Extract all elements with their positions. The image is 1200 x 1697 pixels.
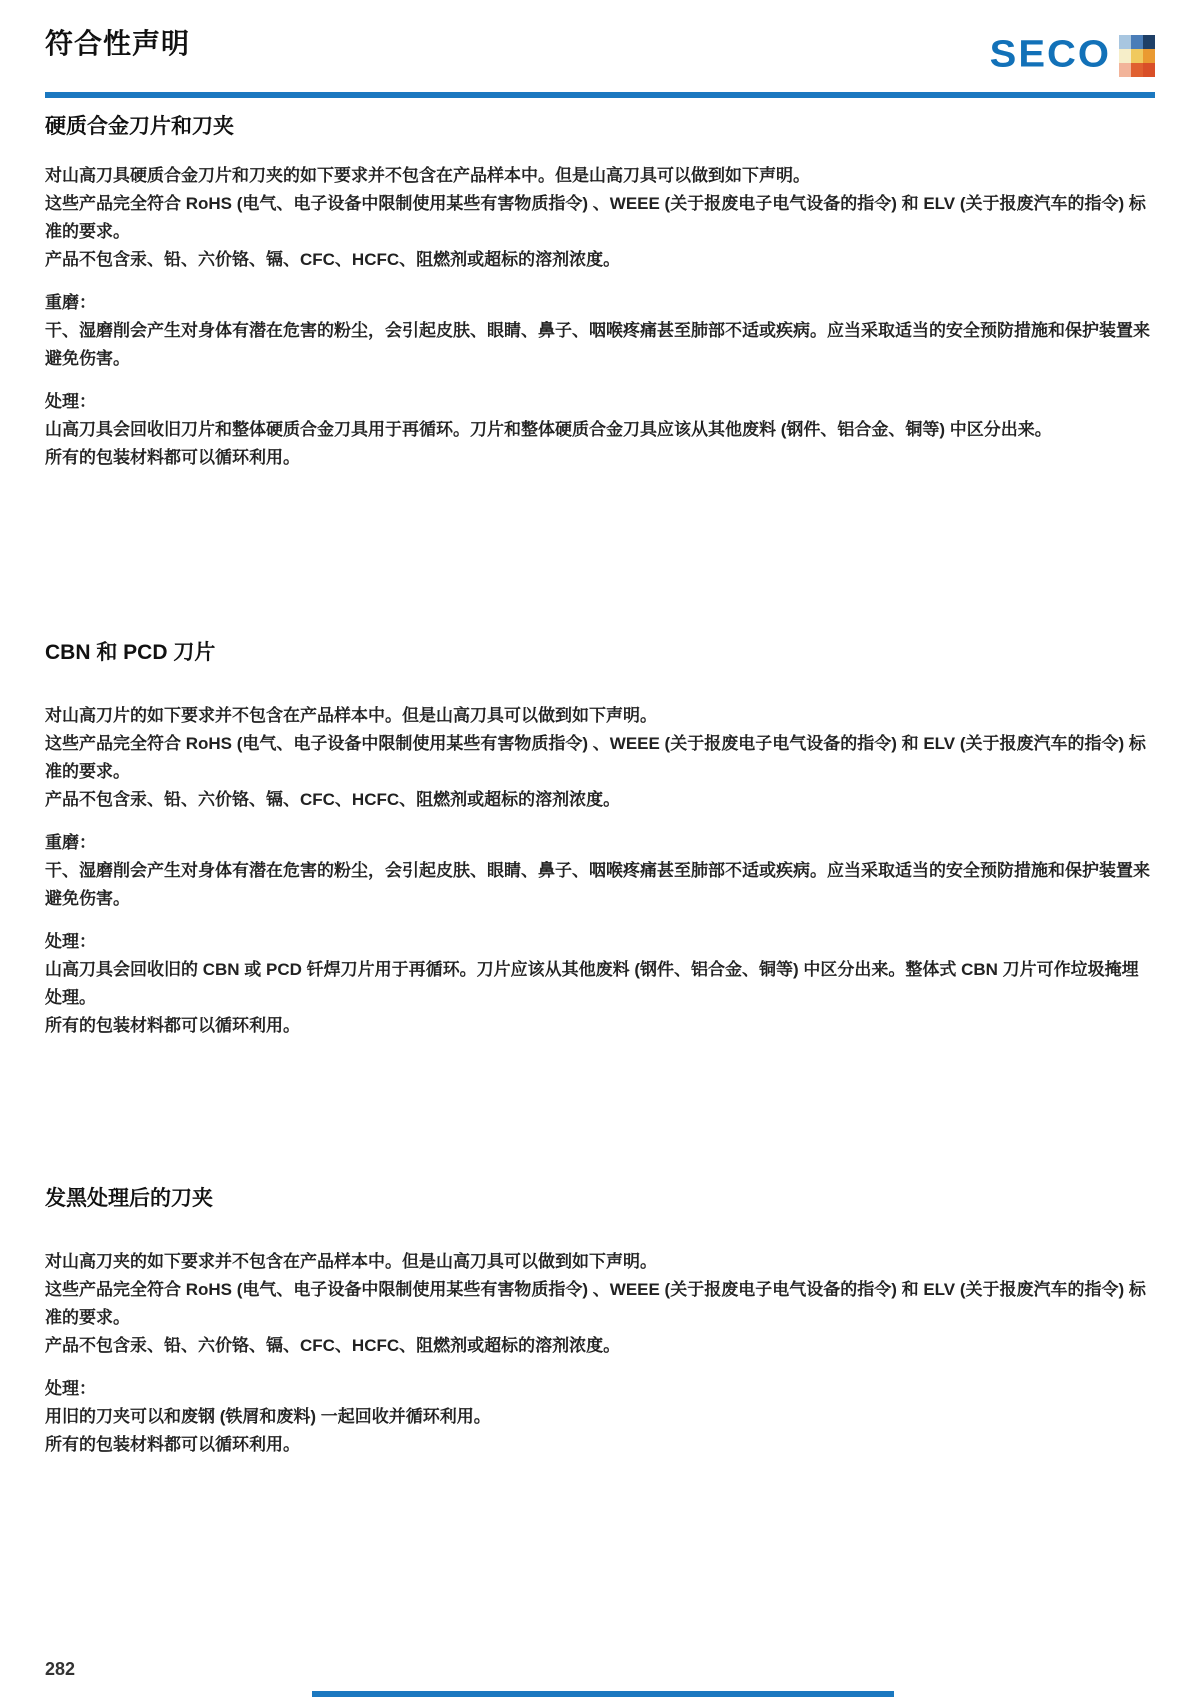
disposal-label: 处理： — [45, 1375, 1152, 1403]
seco-logo: SECO — [990, 34, 1155, 77]
section-carbide-inserts-holders: 硬质合金刀片和刀夹 对山高刀具硬质合金刀片和刀夹的如下要求并不包含在产品样本中。… — [45, 114, 1152, 472]
disposal-line: 山高刀具会回收旧刀片和整体硬质合金刀具用于再循环。刀片和整体硬质合金刀具应该从其… — [45, 416, 1152, 444]
regrind-block: 重磨： 干、湿磨削会产生对身体有潜在危害的粉尘，会引起皮肤、眼睛、鼻子、咽喉疼痛… — [45, 289, 1152, 373]
disposal-label: 处理： — [45, 388, 1152, 416]
section-paragraph: 这些产品完全符合 RoHS (电气、电子设备中限制使用某些有害物质指令) 、WE… — [45, 190, 1152, 246]
disposal-line: 所有的包装材料都可以循环利用。 — [45, 1431, 1152, 1459]
section-paragraph: 对山高刀片的如下要求并不包含在产品样本中。但是山高刀具可以做到如下声明。 — [45, 702, 1152, 730]
section-paragraph: 产品不包含汞、铅、六价铬、镉、CFC、HCFC、阻燃剂或超标的溶剂浓度。 — [45, 1332, 1152, 1360]
section-heading: 发黑处理后的刀夹 — [45, 1186, 1152, 1212]
disposal-line: 所有的包装材料都可以循环利用。 — [45, 1012, 1152, 1040]
regrind-text: 干、湿磨削会产生对身体有潜在危害的粉尘，会引起皮肤、眼睛、鼻子、咽喉疼痛甚至肺部… — [45, 317, 1152, 373]
section-cbn-pcd-inserts: CBN 和 PCD 刀片 对山高刀片的如下要求并不包含在产品样本中。但是山高刀具… — [45, 640, 1152, 1040]
section-blackened-holders: 发黑处理后的刀夹 对山高刀夹的如下要求并不包含在产品样本中。但是山高刀具可以做到… — [45, 1186, 1152, 1459]
regrind-label: 重磨： — [45, 289, 1152, 317]
page-header: 符合性声明 SECO — [45, 28, 1155, 88]
disposal-line: 所有的包装材料都可以循环利用。 — [45, 444, 1152, 472]
header-divider — [45, 92, 1155, 98]
seco-logo-mosaic-icon — [1119, 35, 1155, 77]
section-paragraph: 这些产品完全符合 RoHS (电气、电子设备中限制使用某些有害物质指令) 、WE… — [45, 1276, 1152, 1332]
section-paragraph: 这些产品完全符合 RoHS (电气、电子设备中限制使用某些有害物质指令) 、WE… — [45, 730, 1152, 786]
section-paragraph: 对山高刀具硬质合金刀片和刀夹的如下要求并不包含在产品样本中。但是山高刀具可以做到… — [45, 162, 1152, 190]
regrind-label: 重磨： — [45, 829, 1152, 857]
disposal-block: 处理： 用旧的刀夹可以和废钢 (铁屑和废料) 一起回收并循环利用。 所有的包装材… — [45, 1375, 1152, 1459]
seco-logo-text: SECO — [990, 35, 1111, 73]
regrind-block: 重磨： 干、湿磨削会产生对身体有潜在危害的粉尘，会引起皮肤、眼睛、鼻子、咽喉疼痛… — [45, 829, 1152, 913]
footer-accent-bar — [312, 1691, 894, 1697]
document-page: 符合性声明 SECO 硬质合金刀片和刀夹 对山高刀具硬质合金刀片和刀夹的如下要求… — [0, 0, 1200, 1697]
disposal-line: 用旧的刀夹可以和废钢 (铁屑和废料) 一起回收并循环利用。 — [45, 1403, 1152, 1431]
section-paragraph: 对山高刀夹的如下要求并不包含在产品样本中。但是山高刀具可以做到如下声明。 — [45, 1248, 1152, 1276]
section-heading: CBN 和 PCD 刀片 — [45, 640, 1152, 666]
disposal-block: 处理： 山高刀具会回收旧刀片和整体硬质合金刀具用于再循环。刀片和整体硬质合金刀具… — [45, 388, 1152, 472]
page-number: 282 — [45, 1658, 75, 1680]
section-paragraph: 产品不包含汞、铅、六价铬、镉、CFC、HCFC、阻燃剂或超标的溶剂浓度。 — [45, 246, 1152, 274]
disposal-line: 山高刀具会回收旧的 CBN 或 PCD 钎焊刀片用于再循环。刀片应该从其他废料 … — [45, 956, 1152, 1012]
disposal-label: 处理： — [45, 928, 1152, 956]
page-title: 符合性声明 — [45, 28, 1155, 62]
section-paragraph: 产品不包含汞、铅、六价铬、镉、CFC、HCFC、阻燃剂或超标的溶剂浓度。 — [45, 786, 1152, 814]
section-heading: 硬质合金刀片和刀夹 — [45, 114, 1152, 140]
disposal-block: 处理： 山高刀具会回收旧的 CBN 或 PCD 钎焊刀片用于再循环。刀片应该从其… — [45, 928, 1152, 1040]
regrind-text: 干、湿磨削会产生对身体有潜在危害的粉尘，会引起皮肤、眼睛、鼻子、咽喉疼痛甚至肺部… — [45, 857, 1152, 913]
